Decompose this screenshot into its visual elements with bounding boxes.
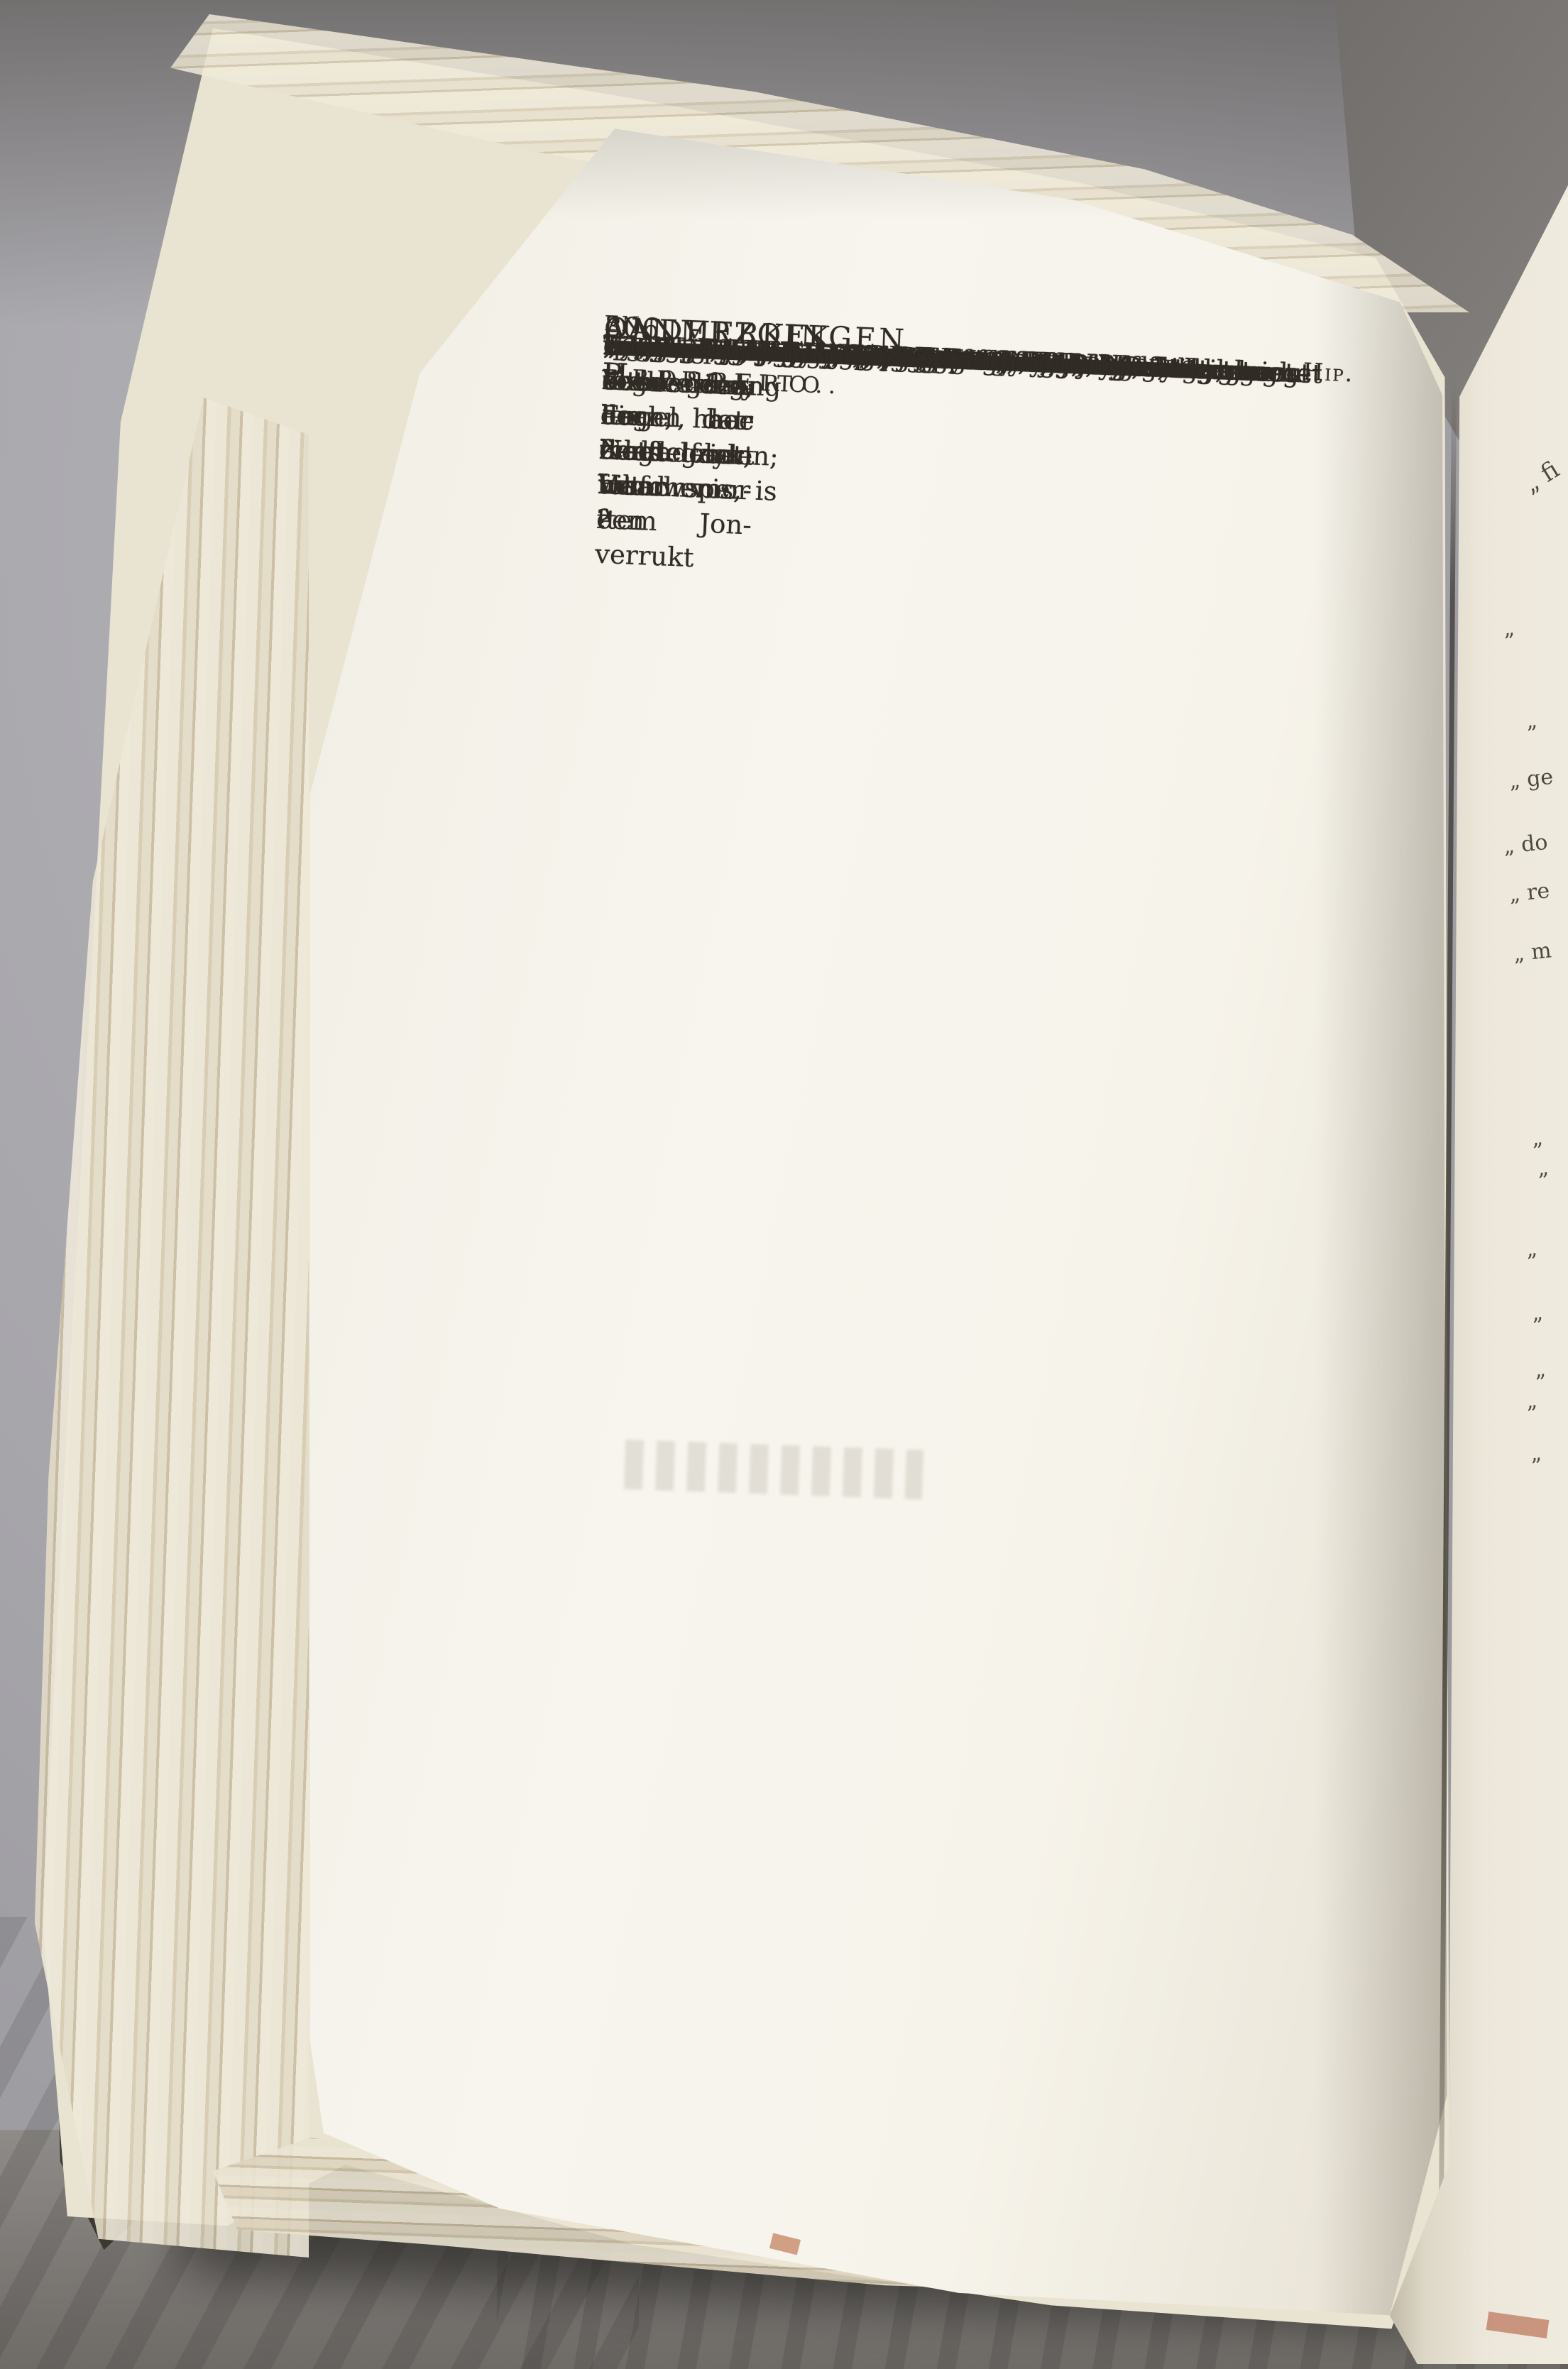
facing-page-text-fragment: „ ge <box>1508 765 1554 794</box>
facing-page-text-fragment: „ re <box>1508 878 1551 907</box>
left-page <box>305 106 1452 2329</box>
ink-bleed-through <box>624 1440 923 1500</box>
facing-page-text-fragment: „ m <box>1512 938 1552 966</box>
book-photo: 306 ONDERZOEK EN AANMERKINGEN hier na al… <box>0 0 1568 2369</box>
speech-line: „ altoos haar flaaf. <box>598 328 684 470</box>
page-stack-fore-edge <box>32 398 309 2258</box>
facing-page-text-fragment: „ do <box>1502 830 1549 859</box>
